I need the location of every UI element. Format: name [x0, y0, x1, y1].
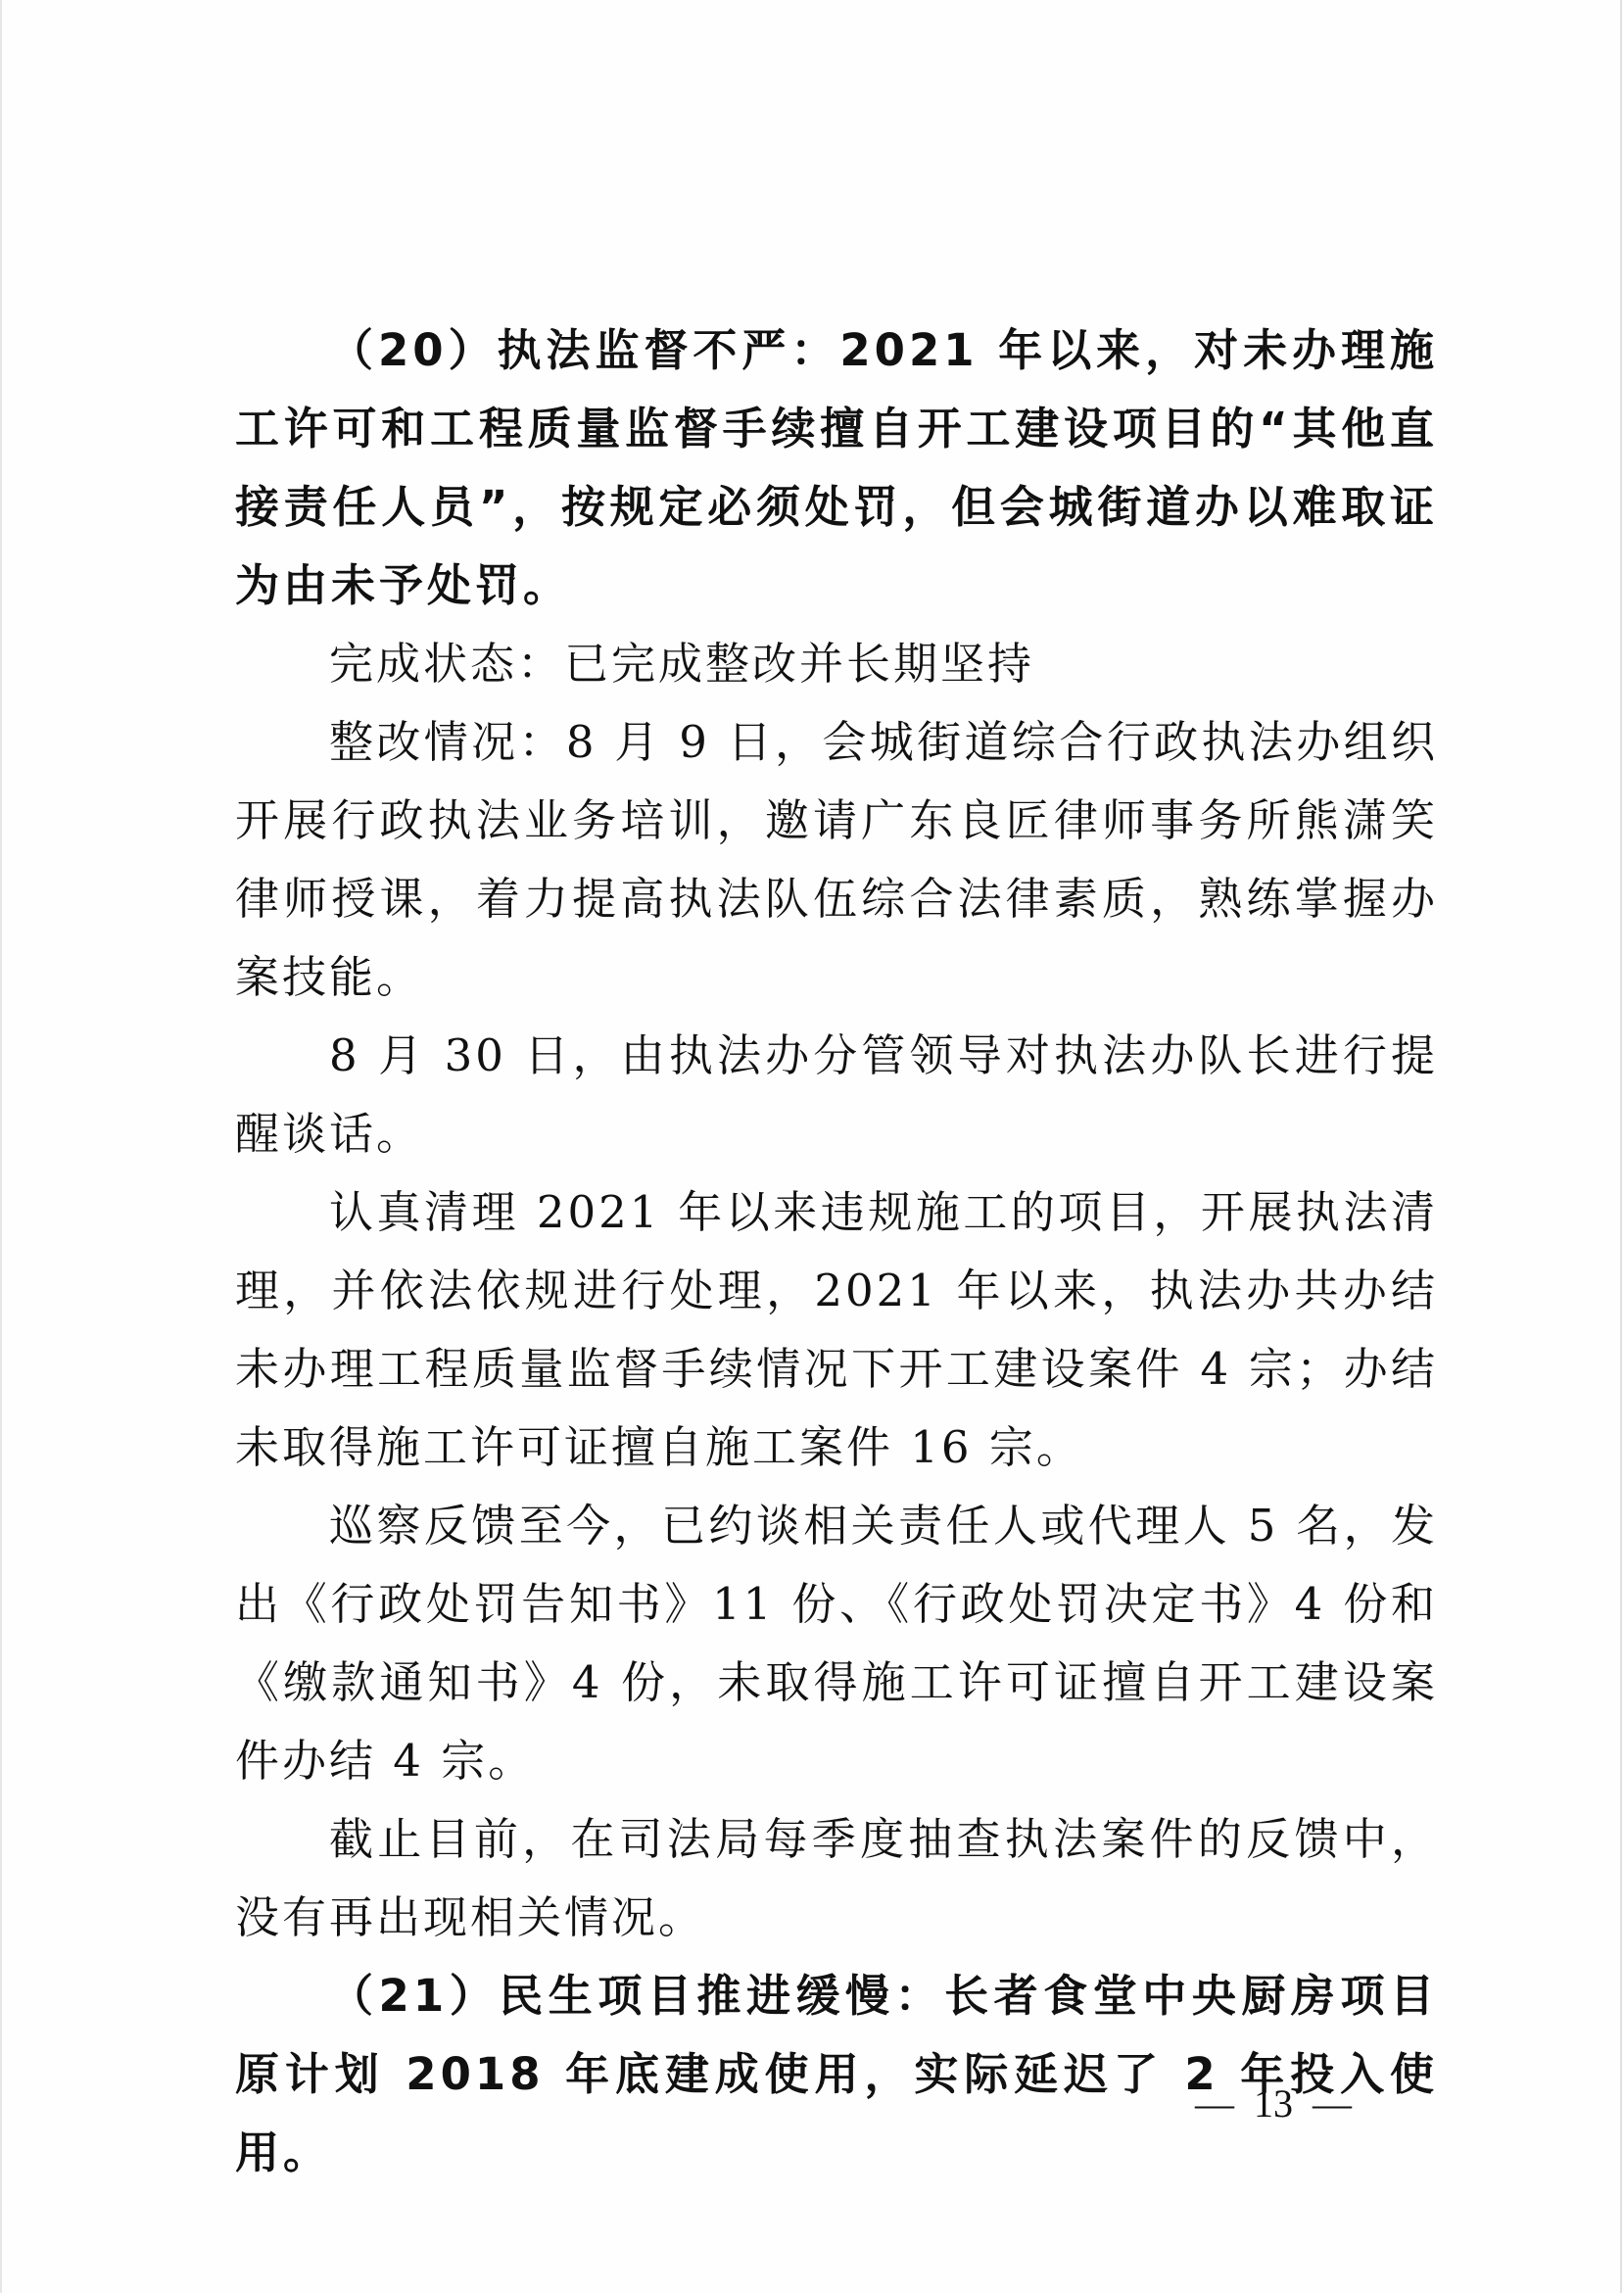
reminder-talk-paragraph: 8 月 30 日，由执法办分管领导对执法办队长进行提醒谈话。 — [235, 1017, 1438, 1173]
scan-edge-left — [0, 0, 2, 2293]
document-body: （20）执法监督不严：2021 年以来，对未办理施工许可和工程质量监督手续擅自开… — [235, 311, 1438, 2192]
scan-edge-right — [1620, 0, 1622, 2293]
section-heading-20: （20）执法监督不严：2021 年以来，对未办理施工许可和工程质量监督手续擅自开… — [235, 311, 1438, 625]
section-heading-21: （21）民生项目推进缓慢：长者食堂中央厨房项目原计划 2018 年底建成使用，实… — [235, 1957, 1438, 2192]
completion-status: 完成状态：已完成整改并长期坚持 — [235, 625, 1438, 703]
document-page: （20）执法监督不严：2021 年以来，对未办理施工许可和工程质量监督手续擅自开… — [0, 0, 1624, 2293]
feedback-results-paragraph: 巡察反馈至今，已约谈相关责任人或代理人 5 名，发出《行政处罚告知书》11 份、… — [235, 1487, 1438, 1800]
page-number: — 13 — — [1156, 2080, 1391, 2126]
cleanup-paragraph: 认真清理 2021 年以来违规施工的项目，开展执法清理，并依法依规进行处理，20… — [235, 1173, 1438, 1487]
current-status-paragraph: 截止目前，在司法局每季度抽查执法案件的反馈中，没有再出现相关情况。 — [235, 1800, 1438, 1957]
rectification-details: 整改情况：8 月 9 日，会城街道综合行政执法办组织开展行政执法业务培训，邀请广… — [235, 703, 1438, 1017]
